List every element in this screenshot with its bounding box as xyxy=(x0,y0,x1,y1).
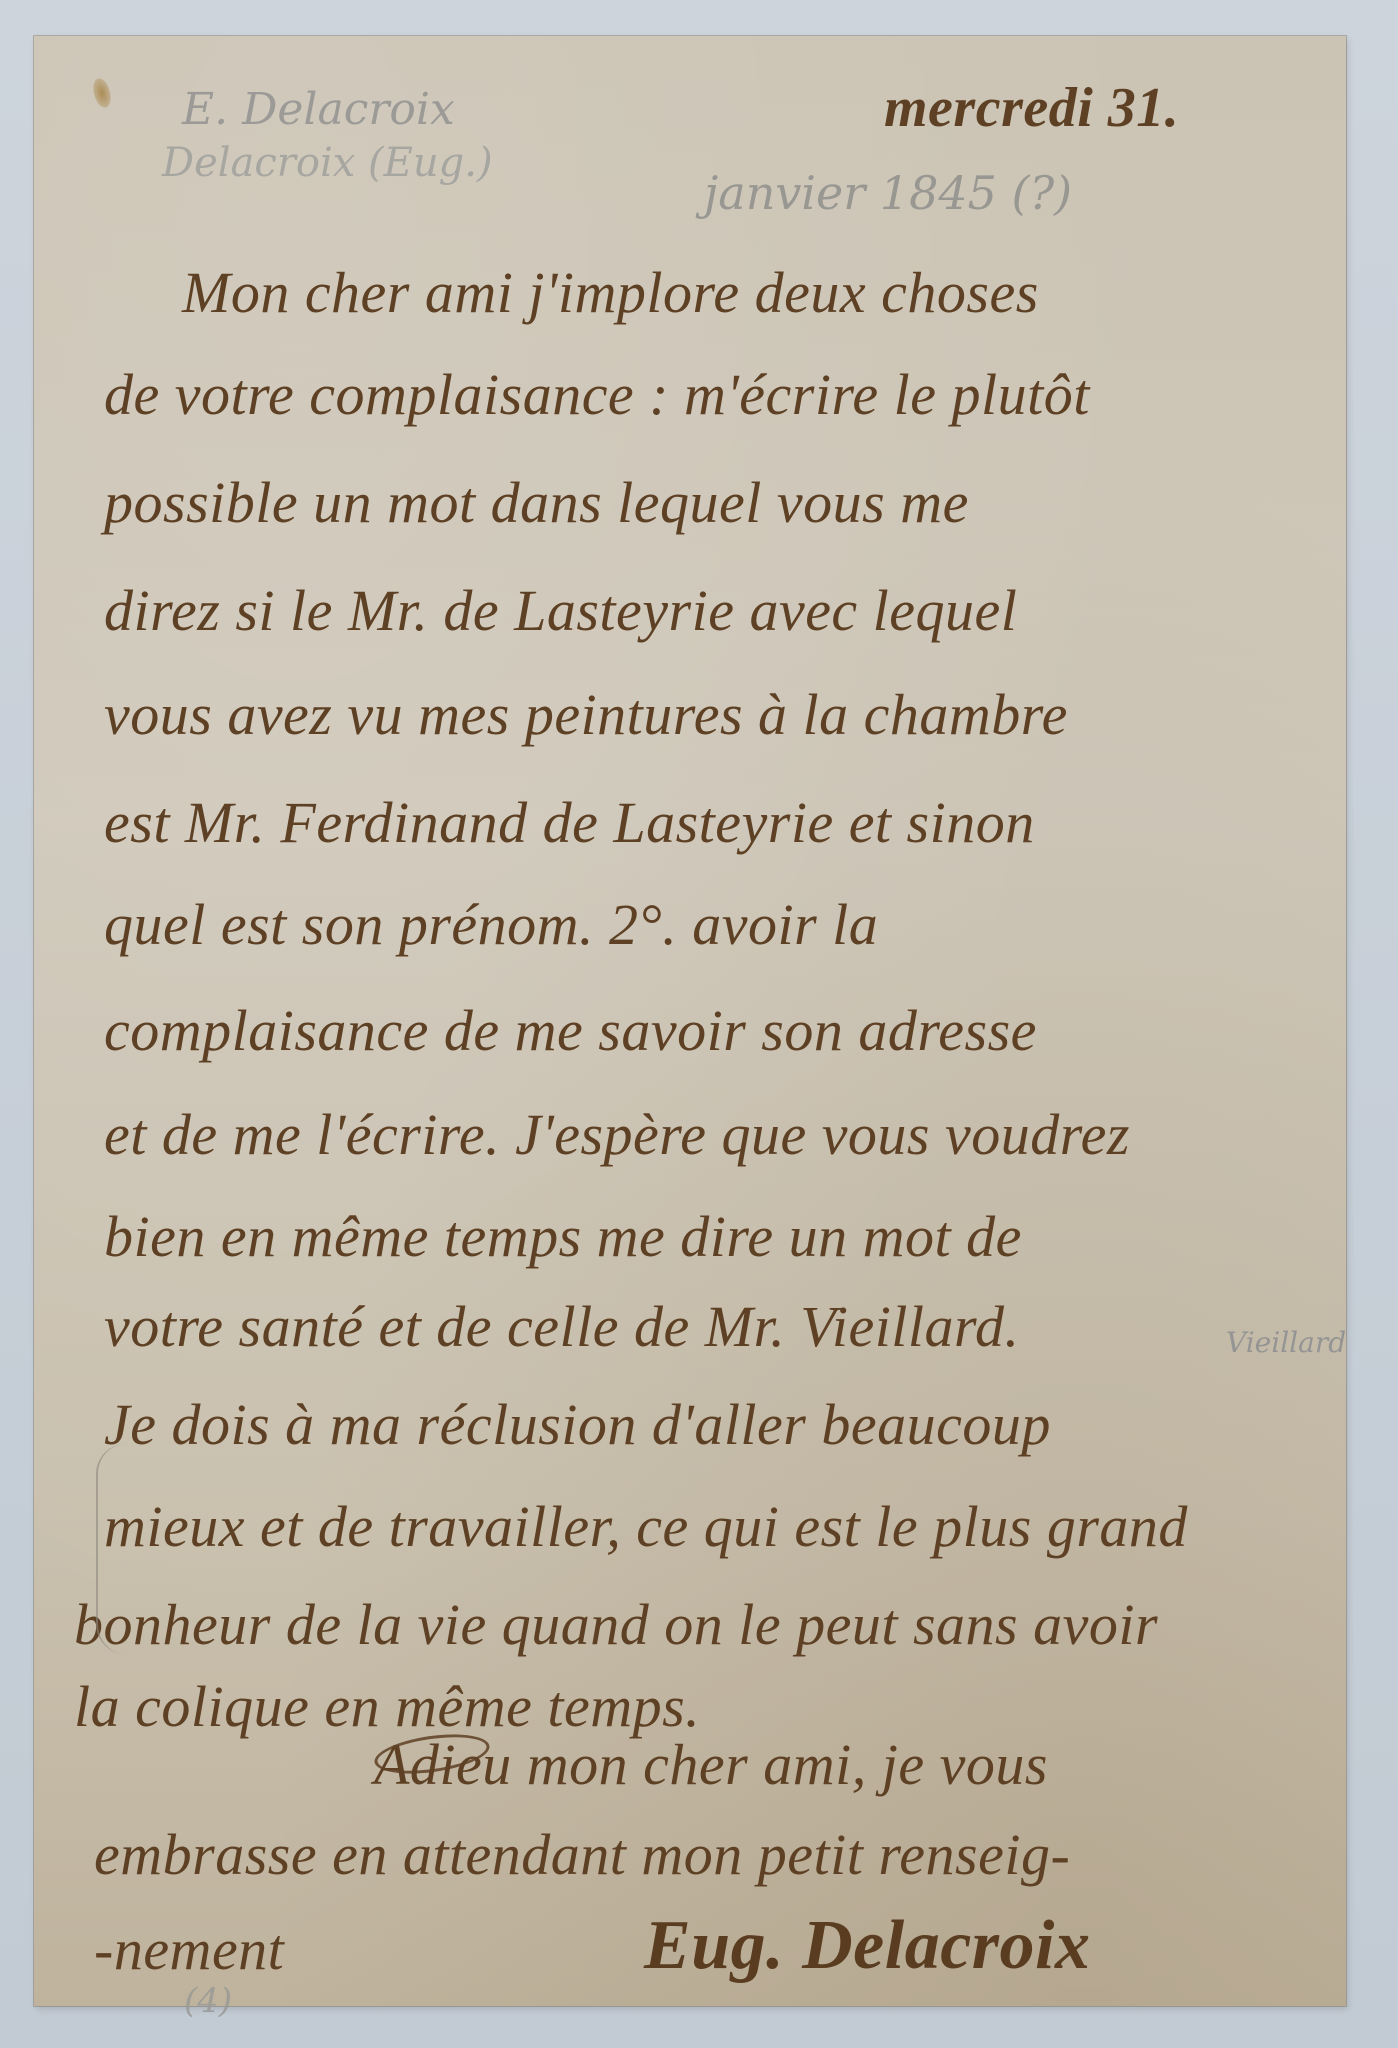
letter-line: la colique en même temps. xyxy=(74,1678,700,1736)
letter-line: complaisance de me savoir son adresse xyxy=(104,1002,1037,1060)
letter-line: est Mr. Ferdinand de Lasteyrie et sinon xyxy=(104,794,1035,852)
letter-line: embrasse en attendant mon petit renseig- xyxy=(94,1826,1070,1884)
letter-line: -nement xyxy=(94,1921,284,1979)
signature: Eug. Delacroix xyxy=(644,1906,1090,1986)
letter-line: possible un mot dans lequel vous me xyxy=(104,474,969,532)
pencil-margin-bracket xyxy=(96,1444,128,1654)
letter-line: vous avez vu mes peintures à la chambre xyxy=(104,686,1068,744)
letter-line: quel est son prénom. 2°. avoir la xyxy=(104,896,878,954)
folio-number: (4) xyxy=(184,1981,232,2021)
letter-line: Mon cher ami j'implore deux choses xyxy=(182,264,1039,322)
letter-line: de votre complaisance : m'écrire le plut… xyxy=(104,366,1090,424)
letter-line: bien en même temps me dire un mot de xyxy=(104,1208,1022,1266)
letter-line: bonheur de la vie quand on le peut sans … xyxy=(74,1596,1158,1654)
letter-line: votre santé et de celle de Mr. Vieillard… xyxy=(104,1298,1019,1356)
pencil-margin-note: Vieillard xyxy=(1226,1326,1346,1359)
letter-line: Je dois à ma réclusion d'aller beaucoup xyxy=(104,1396,1051,1454)
letter-line: direz si le Mr. de Lasteyrie avec lequel xyxy=(104,582,1017,640)
letter-line: mieux et de travailler, ce qui est le pl… xyxy=(104,1498,1188,1556)
letter-sheet: E. Delacroix Delacroix (Eug.) mercredi 3… xyxy=(34,36,1346,2006)
letter-line: et de me l'écrire. J'espère que vous vou… xyxy=(104,1106,1130,1164)
letter-body: Mon cher ami j'implore deux choses de vo… xyxy=(34,36,1346,2006)
